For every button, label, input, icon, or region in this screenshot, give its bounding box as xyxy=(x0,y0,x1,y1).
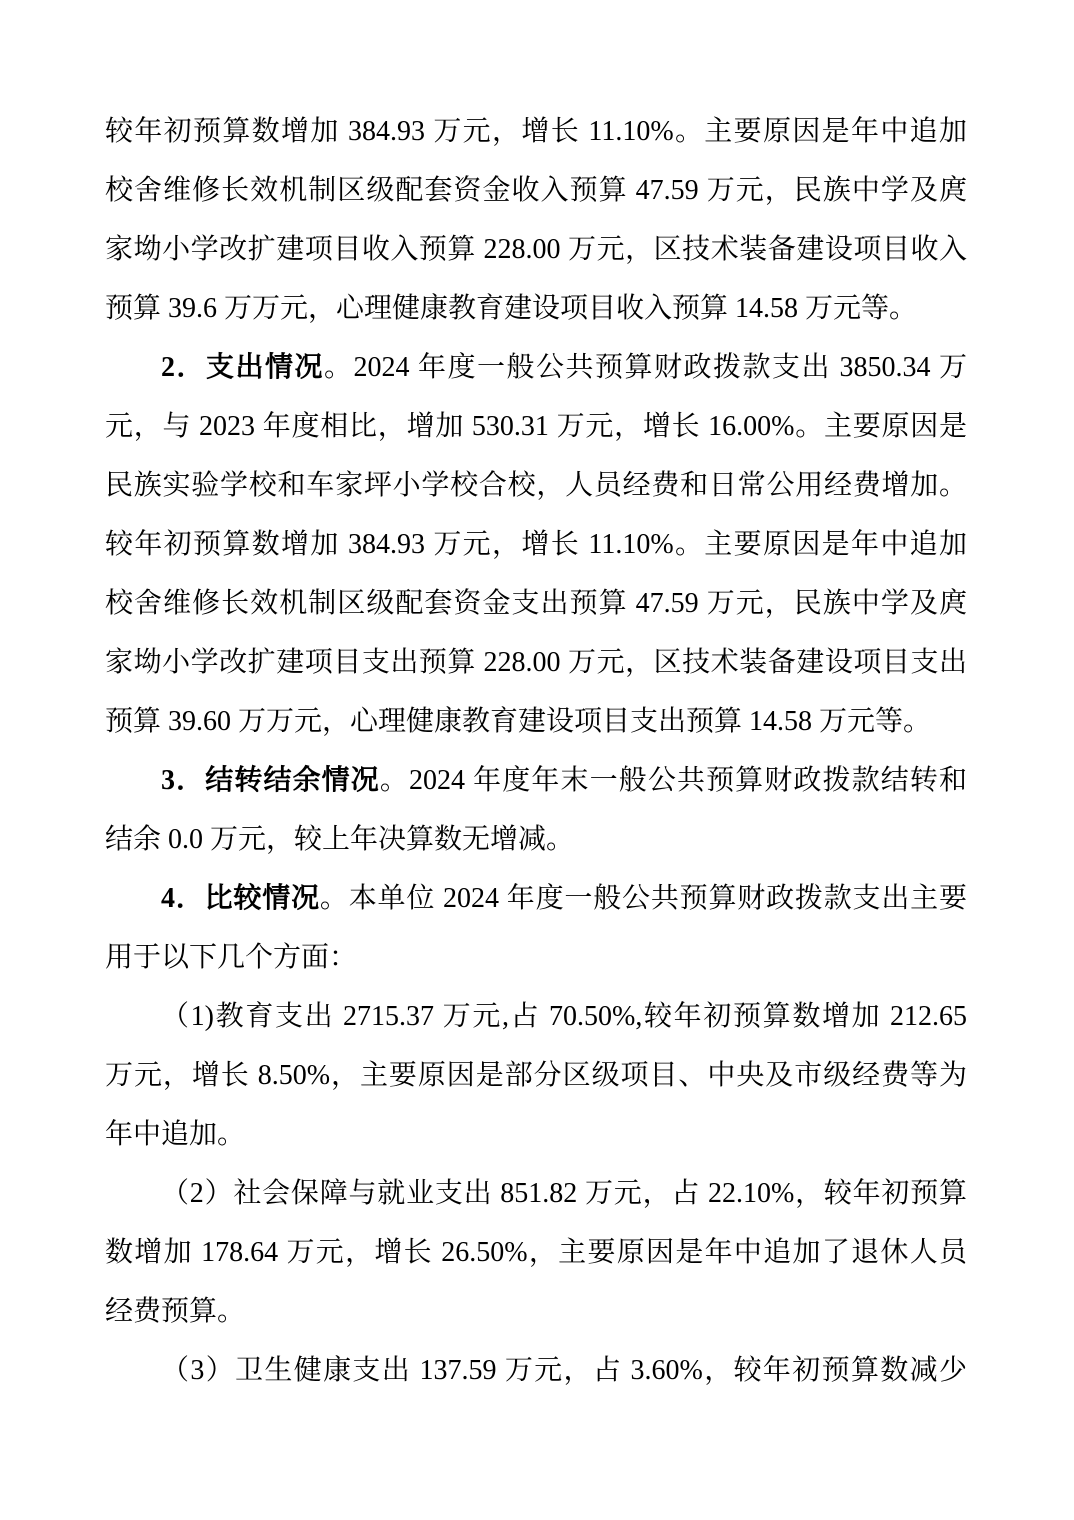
text-line: 元，与 2023 年度相比，增加 530.31 万元，增长 16.00%。主要原… xyxy=(105,397,967,456)
text-line: 家坳小学改扩建项目支出预算 228.00 万元，区技术装备建设项目支出 xyxy=(105,633,967,692)
text-line: 民族实验学校和车家坪小学校合校，人员经费和日常公用经费增加。 xyxy=(105,456,967,515)
text-line: 较年初预算数增加 384.93 万元，增长 11.10%。主要原因是年中追加 xyxy=(105,102,967,161)
text-line: （1)教育支出 2715.37 万元,占 70.50%,较年初预算数增加 212… xyxy=(105,987,967,1046)
text-segment: 家坳小学改扩建项目支出预算 228.00 万元，区技术装备建设项目支出 xyxy=(105,647,967,678)
text-line: 年中追加。 xyxy=(105,1105,967,1164)
text-line: 数增加 178.64 万元，增长 26.50%，主要原因是年中追加了退休人员 xyxy=(105,1223,967,1282)
para-expenditure: 2．支出情况。2024 年度一般公共预算财政拨款支出 3850.34 万元，与 … xyxy=(105,338,967,751)
text-line: 校舍维修长效机制区级配套资金支出预算 47.59 万元，民族中学及庹 xyxy=(105,574,967,633)
text-segment: 元，与 2023 年度相比，增加 530.31 万元，增长 16.00%。主要原… xyxy=(105,411,967,442)
text-segment: 预算 39.6 万万元，心理健康教育建设项目收入预算 14.58 万元等。 xyxy=(105,293,917,324)
text-line: 校舍维修长效机制区级配套资金收入预算 47.59 万元，民族中学及庹 xyxy=(105,161,967,220)
text-line: 较年初预算数增加 384.93 万元，增长 11.10%。主要原因是年中追加 xyxy=(105,515,967,574)
text-segment: 预算 39.60 万万元，心理健康教育建设项目支出预算 14.58 万元等。 xyxy=(105,706,931,737)
text-line: 经费预算。 xyxy=(105,1282,967,1341)
text-line: 3．结转结余情况。2024 年度年末一般公共预算财政拨款结转和 xyxy=(105,751,967,810)
text-segment: 万元，增长 8.50%，主要原因是部分区级项目、中央及市级经费等为 xyxy=(105,1060,967,1091)
text-segment: 家坳小学改扩建项目收入预算 228.00 万元，区技术装备建设项目收入 xyxy=(105,234,967,265)
text-column: 较年初预算数增加 384.93 万元，增长 11.10%。主要原因是年中追加校舍… xyxy=(105,102,967,1400)
text-segment: （2）社会保障与就业支出 851.82 万元，占 22.10%，较年初预算 xyxy=(161,1178,967,1209)
para-comparison: 4．比较情况。本单位 2024 年度一般公共预算财政拨款支出主要用于以下几个方面… xyxy=(105,869,967,987)
text-segment: 。2024 年度一般公共预算财政拨款支出 3850.34 万 xyxy=(324,352,967,383)
para-item-health: （3）卫生健康支出 137.59 万元，占 3.60%，较年初预算数减少 xyxy=(105,1341,967,1400)
text-segment: 校舍维修长效机制区级配套资金支出预算 47.59 万元，民族中学及庹 xyxy=(105,588,967,619)
section-heading: 4．比较情况 xyxy=(161,883,320,914)
para-carryover-balance: 3．结转结余情况。2024 年度年末一般公共预算财政拨款结转和结余 0.0 万元… xyxy=(105,751,967,869)
text-segment: 。本单位 2024 年度一般公共预算财政拨款支出主要 xyxy=(320,883,967,914)
text-segment: 较年初预算数增加 384.93 万元，增长 11.10%。主要原因是年中追加 xyxy=(105,529,967,560)
text-segment: （1)教育支出 2715.37 万元,占 70.50%,较年初预算数增加 212… xyxy=(161,1001,967,1032)
text-segment: 经费预算。 xyxy=(105,1296,245,1327)
text-segment: 用于以下几个方面： xyxy=(105,942,357,973)
text-line: 预算 39.6 万万元，心理健康教育建设项目收入预算 14.58 万元等。 xyxy=(105,279,967,338)
text-line: 万元，增长 8.50%，主要原因是部分区级项目、中央及市级经费等为 xyxy=(105,1046,967,1105)
section-heading: 2．支出情况 xyxy=(161,352,324,383)
document-page: 较年初预算数增加 384.93 万元，增长 11.10%。主要原因是年中追加校舍… xyxy=(0,0,1074,1520)
para-item-social-security: （2）社会保障与就业支出 851.82 万元，占 22.10%，较年初预算数增加… xyxy=(105,1164,967,1341)
text-segment: 年中追加。 xyxy=(105,1119,245,1150)
text-line: （3）卫生健康支出 137.59 万元，占 3.60%，较年初预算数减少 xyxy=(105,1341,967,1400)
text-line: 结余 0.0 万元，较上年决算数无增减。 xyxy=(105,810,967,869)
text-segment: 校舍维修长效机制区级配套资金收入预算 47.59 万元，民族中学及庹 xyxy=(105,175,967,206)
para-item-education: （1)教育支出 2715.37 万元,占 70.50%,较年初预算数增加 212… xyxy=(105,987,967,1164)
text-line: 用于以下几个方面： xyxy=(105,928,967,987)
text-segment: 民族实验学校和车家坪小学校合校，人员经费和日常公用经费增加。 xyxy=(105,470,967,501)
text-line: 家坳小学改扩建项目收入预算 228.00 万元，区技术装备建设项目收入 xyxy=(105,220,967,279)
text-line: 预算 39.60 万万元，心理健康教育建设项目支出预算 14.58 万元等。 xyxy=(105,692,967,751)
text-segment: 较年初预算数增加 384.93 万元，增长 11.10%。主要原因是年中追加 xyxy=(105,116,967,147)
section-heading: 3．结转结余情况 xyxy=(161,765,380,796)
text-segment: 。2024 年度年末一般公共预算财政拨款结转和 xyxy=(380,765,967,796)
text-segment: （3）卫生健康支出 137.59 万元，占 3.60%，较年初预算数减少 xyxy=(161,1355,967,1386)
text-line: （2）社会保障与就业支出 851.82 万元，占 22.10%，较年初预算 xyxy=(105,1164,967,1223)
text-segment: 数增加 178.64 万元，增长 26.50%，主要原因是年中追加了退休人员 xyxy=(105,1237,967,1268)
text-line: 2．支出情况。2024 年度一般公共预算财政拨款支出 3850.34 万 xyxy=(105,338,967,397)
text-segment: 结余 0.0 万元，较上年决算数无增减。 xyxy=(105,824,574,855)
para-income-continued: 较年初预算数增加 384.93 万元，增长 11.10%。主要原因是年中追加校舍… xyxy=(105,102,967,338)
text-line: 4．比较情况。本单位 2024 年度一般公共预算财政拨款支出主要 xyxy=(105,869,967,928)
